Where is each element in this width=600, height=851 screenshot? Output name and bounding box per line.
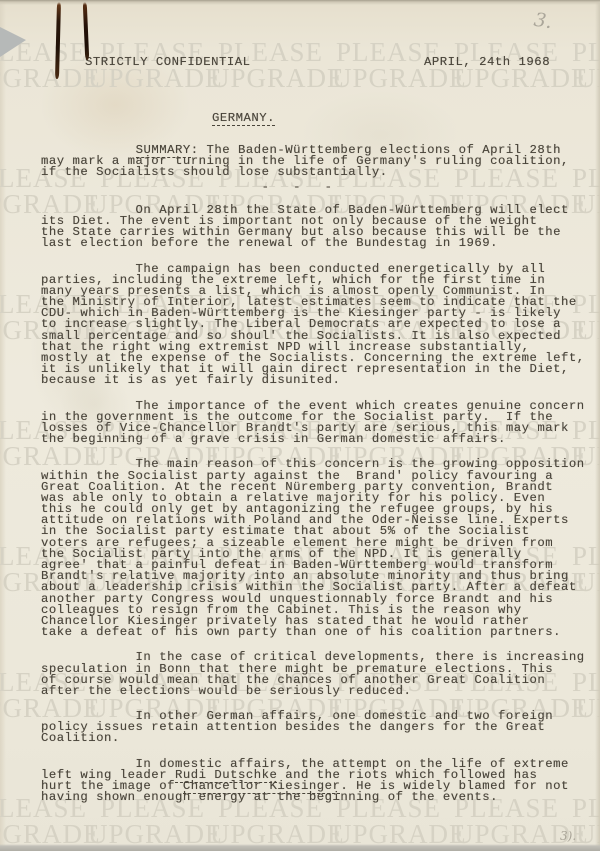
- text-line: - - -: [41, 182, 597, 193]
- section-separator: - - -: [41, 182, 597, 193]
- text-line: if the Socialists should lose substantia…: [41, 167, 597, 178]
- paragraph: The main reason of this concern is the g…: [41, 459, 597, 638]
- page-title: GERMANY.: [212, 111, 275, 125]
- handwritten-mark-bottom: 3).: [560, 829, 576, 843]
- page-corner-fold: [0, 27, 26, 57]
- document-body: SUMMARY: The Baden-Württemberg elections…: [41, 145, 597, 817]
- paragraph: The importance of the event which create…: [41, 401, 597, 446]
- text-line: policy issues retain attention besides t…: [41, 722, 597, 733]
- text-line: take a defeat of his own party than one …: [41, 627, 597, 638]
- page: PLEASEPLEASEPLEASEPLEASEPLEASEPLEASEUPGR…: [0, 0, 600, 851]
- top-edge-shading: [0, 0, 600, 5]
- text-line: because it is as yet fairly disunited.: [41, 375, 597, 386]
- right-edge-shading: [595, 0, 600, 851]
- text-line: last election before the renewal of the …: [41, 238, 597, 249]
- classification-label: STRICTLY CONFIDENTIAL: [85, 55, 250, 69]
- text-line: after the elections would be seriously r…: [41, 686, 597, 697]
- paragraph: The campaign has been conducted energeti…: [41, 264, 597, 387]
- text-line: Coalition.: [41, 733, 597, 744]
- ink-stroke-icon: [83, 2, 90, 60]
- left-edge-shading: [0, 0, 6, 851]
- paragraph: In other German affairs, one domestic an…: [41, 711, 597, 745]
- paragraph: On April 28th the State of Baden-Württem…: [41, 205, 597, 250]
- handwritten-page-number-top: 3.: [532, 9, 553, 34]
- bottom-edge-shading: [0, 844, 600, 851]
- date-label: APRIL, 24th 1968: [424, 55, 550, 69]
- text-line: the beginning of a grave crisis in Germa…: [41, 434, 597, 445]
- paragraph: In the case of critical developments, th…: [41, 652, 597, 697]
- text-line: having shown enough energy at the beginn…: [41, 792, 597, 803]
- paragraph: In domestic affairs, the attempt on the …: [41, 759, 597, 804]
- paragraph: SUMMARY: The Baden-Württemberg elections…: [41, 145, 597, 179]
- page-title-text: GERMANY.: [212, 111, 275, 126]
